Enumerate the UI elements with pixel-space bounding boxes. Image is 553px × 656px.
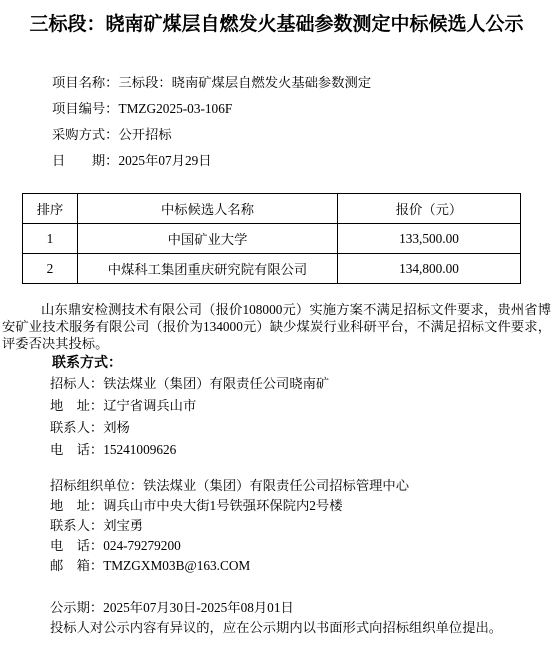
rank-cell: 2	[23, 254, 78, 284]
header-price: 报价（元）	[338, 194, 521, 224]
price-cell: 133,500.00	[338, 224, 521, 254]
organizer-phone-value: 024-79279200	[103, 538, 181, 553]
tenderer-phone-value: 15241009626	[103, 442, 176, 457]
tenderer-address-label: 地 址：	[50, 398, 103, 413]
rank-cell: 1	[23, 224, 78, 254]
organizer-address-line: 地 址：调兵山市中央大街1号铁强环保院内2号楼	[50, 496, 553, 516]
project-name-value: 三标段：晓南矿煤层自燃发火基础参数测定	[118, 75, 371, 90]
header-candidate-name: 中标候选人名称	[78, 194, 338, 224]
organizer-address-value: 调兵山市中央大街1号铁强环保院内2号楼	[103, 498, 342, 513]
tenderer-phone-line: 电 话：15241009626	[50, 439, 553, 461]
table-header-row: 排序 中标候选人名称 报价（元）	[23, 194, 521, 224]
organizer-phone-line: 电 话：024-79279200	[50, 536, 553, 556]
objection-note: 投标人对公示内容有异议的，应在公示期内以书面形式向招标组织单位提出。	[50, 618, 553, 638]
organizer-line: 招标组织单位：铁法煤业（集团）有限责任公司招标管理中心	[50, 476, 553, 496]
organizer-email-label: 邮 箱：	[50, 558, 103, 573]
procurement-method-value: 公开招标	[118, 127, 171, 142]
tenderer-label: 招标人：	[50, 376, 103, 391]
candidate-name-cell: 中国矿业大学	[78, 224, 338, 254]
organizer-contact-person-label: 联系人：	[50, 518, 103, 533]
tenderer-address-value: 辽宁省调兵山市	[103, 398, 196, 413]
publicity-footer: 公示期：2025年07月30日-2025年08月01日 投标人对公示内容有异议的…	[50, 598, 553, 638]
header-rank: 排序	[23, 194, 78, 224]
project-name-label: 项目名称：	[52, 75, 118, 90]
project-name-line: 项目名称：三标段：晓南矿煤层自燃发火基础参数测定	[52, 70, 553, 96]
organizer-contact-person-line: 联系人：刘宝勇	[50, 516, 553, 536]
candidate-name-cell: 中煤科工集团重庆研究院有限公司	[78, 254, 338, 284]
tenderer-value: 铁法煤业（集团）有限责任公司晓南矿	[103, 376, 329, 391]
date-label: 日 期：	[52, 153, 118, 168]
tenderer-address-line: 地 址：辽宁省调兵山市	[50, 395, 553, 417]
organizer-email-line: 邮 箱：TMZGXM03B@163.COM	[50, 556, 553, 576]
rejection-note: 山东鼎安检测技术有限公司（报价108000元）实施方案不满足招标文件要求，贵州省…	[2, 301, 551, 352]
organizer-address-label: 地 址：	[50, 498, 103, 513]
project-number-label: 项目编号：	[52, 101, 118, 116]
organizer-phone-label: 电 话：	[50, 538, 103, 553]
announcement-document: 三标段：晓南矿煤层自燃发火基础参数测定中标候选人公示 项目名称：三标段：晓南矿煤…	[0, 0, 553, 638]
tenderer-contact-person-line: 联系人：刘杨	[50, 417, 553, 439]
organizer-contact: 招标组织单位：铁法煤业（集团）有限责任公司招标管理中心 地 址：调兵山市中央大街…	[50, 476, 553, 576]
contact-heading: 联系方式：	[52, 355, 553, 373]
table-row: 2 中煤科工集团重庆研究院有限公司 134,800.00	[23, 254, 521, 284]
organizer-value: 铁法煤业（集团）有限责任公司招标管理中心	[143, 478, 409, 493]
organizer-email-value: TMZGXM03B@163.COM	[103, 558, 250, 573]
page-title: 三标段：晓南矿煤层自燃发火基础参数测定中标候选人公示	[0, 0, 553, 37]
publicity-period: 公示期：2025年07月30日-2025年08月01日	[50, 598, 553, 618]
organizer-label: 招标组织单位：	[50, 478, 143, 493]
price-cell: 134,800.00	[338, 254, 521, 284]
procurement-method-line: 采购方式：公开招标	[52, 122, 553, 148]
table-row: 1 中国矿业大学 133,500.00	[23, 224, 521, 254]
date-line: 日 期：2025年07月29日	[52, 148, 553, 174]
candidates-table: 排序 中标候选人名称 报价（元） 1 中国矿业大学 133,500.00 2 中…	[22, 193, 521, 284]
project-number-line: 项目编号：TMZG2025-03-106F	[52, 96, 553, 122]
date-value: 2025年07月29日	[118, 153, 211, 168]
tenderer-contact-person-label: 联系人：	[50, 420, 103, 435]
tenderer-contact-person-value: 刘杨	[103, 420, 130, 435]
tenderer-line: 招标人：铁法煤业（集团）有限责任公司晓南矿	[50, 373, 553, 395]
tenderer-contact: 招标人：铁法煤业（集团）有限责任公司晓南矿 地 址：辽宁省调兵山市 联系人：刘杨…	[50, 373, 553, 461]
procurement-method-label: 采购方式：	[52, 127, 118, 142]
organizer-contact-person-value: 刘宝勇	[103, 518, 143, 533]
project-number-value: TMZG2025-03-106F	[118, 101, 232, 116]
project-info: 项目名称：三标段：晓南矿煤层自燃发火基础参数测定 项目编号：TMZG2025-0…	[52, 70, 553, 174]
tenderer-phone-label: 电 话：	[50, 442, 103, 457]
